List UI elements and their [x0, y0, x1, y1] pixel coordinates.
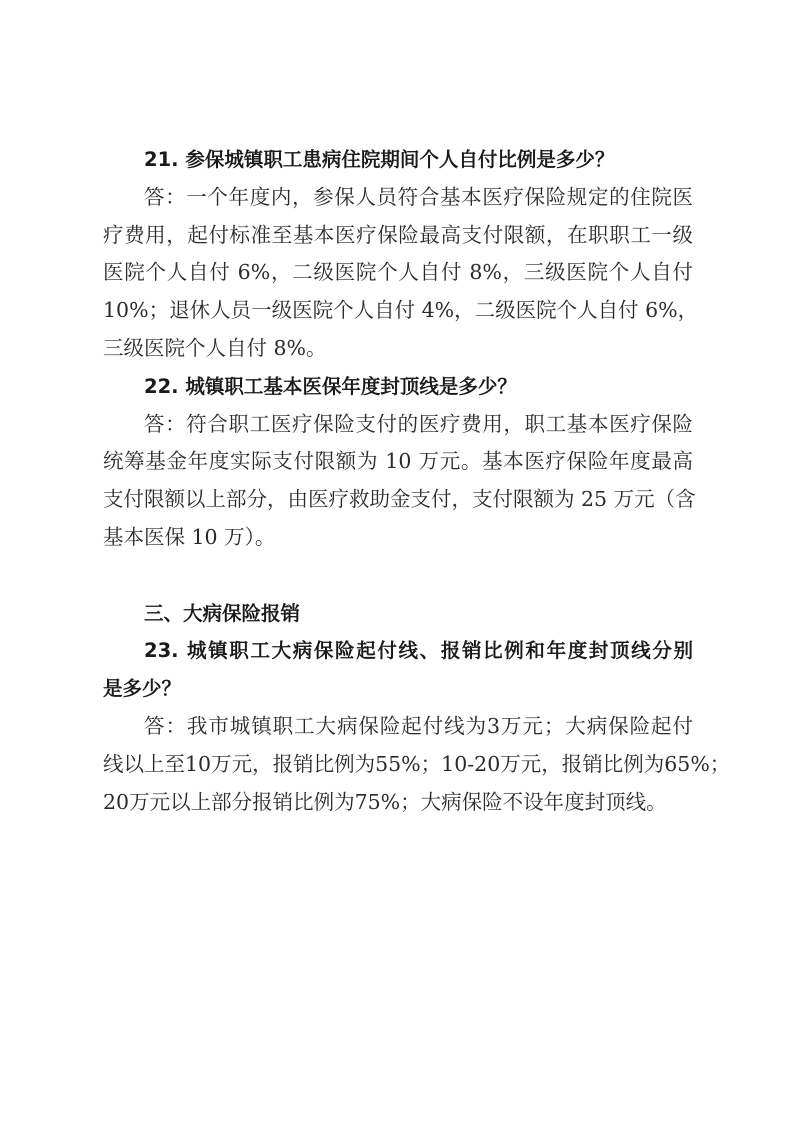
answer-line: 10%；退休人员一级医院个人自付 4%，二级医院个人自付 6%， [103, 292, 693, 330]
answer-line: 线以上至10万元，报销比例为55%；10-20万元，报销比例为65%； [103, 746, 693, 784]
answer-line: 医院个人自付 6%，二级医院个人自付 8%，三级医院个人自付 [103, 254, 693, 292]
question-title: 21. 参保城镇职工患病住院期间个人自付比例是多少？ [103, 141, 693, 179]
document-page: 21. 参保城镇职工患病住院期间个人自付比例是多少？ 答：一个年度内，参保人员符… [103, 141, 693, 821]
answer-line: 统筹基金年度实际支付限额为 10 万元。基本医疗保险年度最高 [103, 443, 693, 481]
answer-line: 三级医院个人自付 8%。 [103, 330, 693, 368]
answer-line: 答：符合职工医疗保险支付的医疗费用，职工基本医疗保险 [103, 406, 693, 444]
answer-line: 答：我市城镇职工大病保险起付线为3万元；大病保险起付 [103, 708, 693, 746]
question-title-continued: 是多少？ [103, 670, 693, 708]
answer-line: 疗费用，起付标准至基本医疗保险最高支付限额，在职职工一级 [103, 217, 693, 255]
section-heading: 三、大病保险报销 [103, 595, 693, 633]
answer-line: 基本医保 10 万）。 [103, 519, 693, 557]
blank-line [103, 557, 693, 595]
question-22: 22. 城镇职工基本医保年度封顶线是多少？ 答：符合职工医疗保险支付的医疗费用，… [103, 368, 693, 557]
question-title: 22. 城镇职工基本医保年度封顶线是多少？ [103, 368, 693, 406]
question-23: 23. 城镇职工大病保险起付线、报销比例和年度封顶线分别 是多少？ 答：我市城镇… [103, 632, 693, 821]
answer-line: 答：一个年度内，参保人员符合基本医疗保险规定的住院医 [103, 179, 693, 217]
answer-line: 支付限额以上部分，由医疗救助金支付，支付限额为 25 万元（含 [103, 481, 693, 519]
question-21: 21. 参保城镇职工患病住院期间个人自付比例是多少？ 答：一个年度内，参保人员符… [103, 141, 693, 368]
answer-line: 20万元以上部分报销比例为75%；大病保险不设年度封顶线。 [103, 784, 693, 822]
question-title: 23. 城镇职工大病保险起付线、报销比例和年度封顶线分别 [103, 632, 693, 670]
